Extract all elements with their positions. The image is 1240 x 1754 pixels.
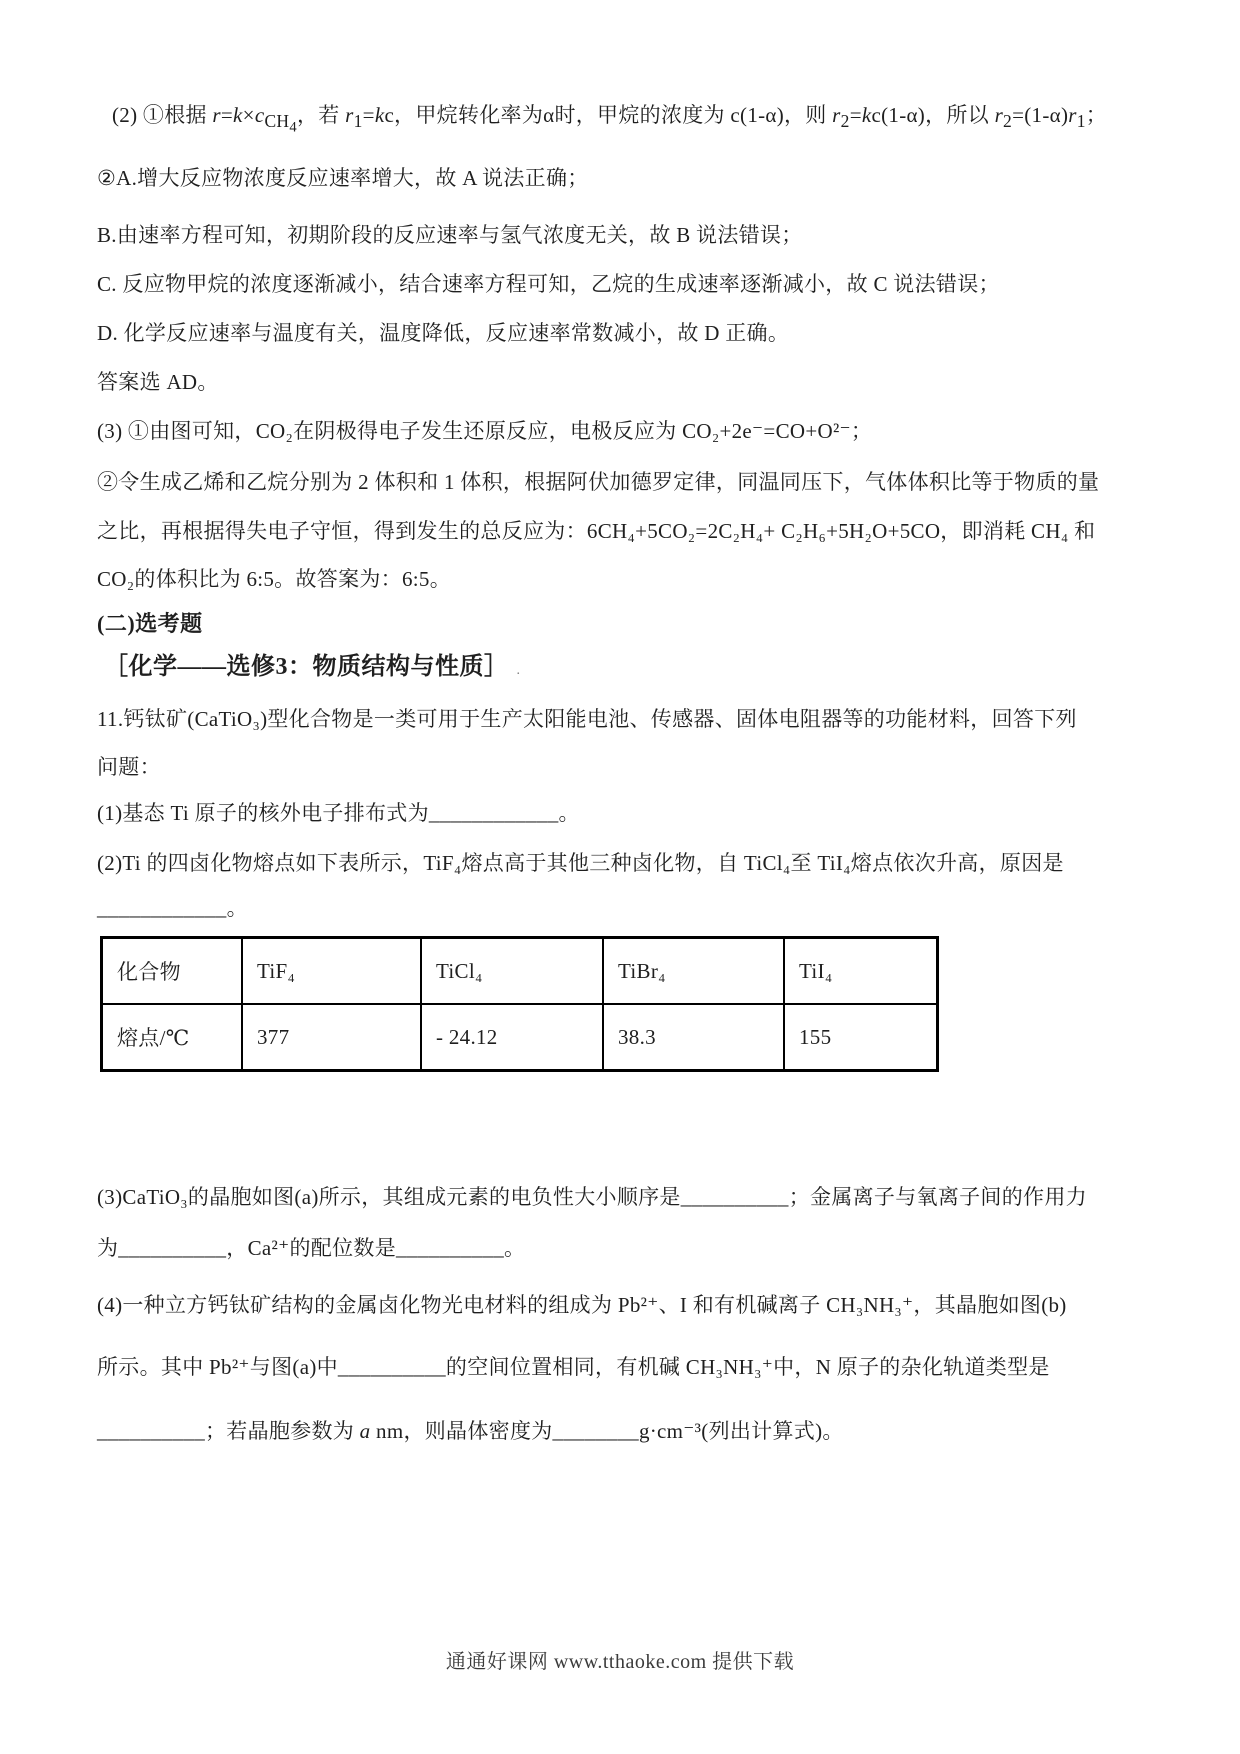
solution-part3-step1: (3) ①由图可知，CO₂在阴极得电子发生还原反应，电极反应为 CO₂+2e⁻=… — [97, 416, 872, 446]
melting-point-table: 化合物 TiF₄ TiCl₄ TiBr₄ TiI₄ 熔点/℃ 377 - 24.… — [100, 936, 939, 1072]
q11-part2-line1: (2)Ti 的四卤化物熔点如下表所示，TiF₄熔点高于其他三种卤化物，自 TiC… — [97, 848, 1064, 878]
table-cell-tibr4-mp: 38.3 — [603, 1004, 784, 1071]
q11-part1: (1)基态 Ti 原子的核外电子排布式为____________。 — [97, 798, 580, 828]
q11-part3-line1: (3)CaTiO₃的晶胞如图(a)所示，其组成元素的电负性大小顺序是______… — [97, 1182, 1087, 1212]
solution-part2-option-a: ②A.增大反应物浓度反应速率增大，故 A 说法正确； — [97, 163, 589, 193]
q11-stem-line2: 问题： — [97, 752, 161, 782]
q11-part4-line1: (4)一种立方钙钛矿结构的金属卤化物光电材料的组成为 Pb²⁺、I 和有机碱离子… — [97, 1290, 1067, 1320]
document-page: (2) ①根据 r=k×cCH4，若 r1=kc，甲烷转化率为α时，甲烷的浓度为… — [0, 0, 1240, 1754]
q11-part4-line3: __________；若晶胞参数为 a nm，则晶体密度为________g·c… — [97, 1416, 844, 1446]
elective-heading-text: ［化学——选修3：物质结构与性质］ — [104, 654, 509, 680]
q11-stem-line1: 11.钙钛矿(CaTiO₃)型化合物是一类可用于生产太阳能电池、传感器、固体电阻… — [97, 704, 1077, 734]
solution-part2-answer: 答案选 AD。 — [97, 367, 219, 397]
solution-part3-step2-line1: ②令生成乙烯和乙烷分别为 2 体积和 1 体积，根据阿伏加德罗定律，同温同压下，… — [97, 467, 1099, 497]
table-cell-melting-label: 熔点/℃ — [102, 1004, 243, 1071]
solution-part3-step2-line3: CO₂的体积比为 6:5。故答案为：6:5。 — [97, 564, 451, 594]
q11-part2-blank: ____________。 — [97, 893, 248, 923]
solution-part3-step2-line2: 之比，再根据得失电子守恒，得到发生的总反应为：6CH₄+5CO₂=2C₂H₄+ … — [97, 516, 1095, 546]
table-cell-tif4-mp: 377 — [242, 1004, 421, 1071]
section-heading: (二)选考题 — [97, 609, 203, 639]
table-cell-tif4: TiF₄ — [242, 938, 421, 1005]
elective-heading: ［化学——选修3：物质结构与性质］. — [104, 652, 521, 686]
table-cell-ticl4-mp: - 24.12 — [421, 1004, 603, 1071]
table-cell-tibr4: TiBr₄ — [603, 938, 784, 1005]
solution-part2-intro: (2) ①根据 r=k×cCH4，若 r1=kc，甲烷转化率为α时，甲烷的浓度为… — [112, 100, 1107, 130]
table-cell-tii4-mp: 155 — [784, 1004, 938, 1071]
table-cell-compound-label: 化合物 — [102, 938, 243, 1005]
page-footer: 通通好课网 www.tthaoke.com 提供下载 — [0, 1645, 1240, 1674]
solution-part2-option-d: D. 化学反应速率与温度有关，温度降低，反应速率常数减小，故 D 正确。 — [97, 318, 789, 348]
elective-heading-mark: . — [517, 663, 521, 678]
q11-part4-line2: 所示。其中 Pb²⁺与图(a)中__________的空间位置相同，有机碱 CH… — [97, 1352, 1050, 1382]
table-header-row: 化合物 TiF₄ TiCl₄ TiBr₄ TiI₄ — [102, 938, 938, 1005]
table-cell-ticl4: TiCl₄ — [421, 938, 603, 1005]
table-value-row: 熔点/℃ 377 - 24.12 38.3 155 — [102, 1004, 938, 1071]
table-cell-tii4: TiI₄ — [784, 938, 938, 1005]
solution-part2-option-c: C. 反应物甲烷的浓度逐渐减小，结合速率方程可知，乙烷的生成速率逐渐减小，故 C… — [97, 269, 1000, 299]
solution-part2-option-b: B.由速率方程可知，初期阶段的反应速率与氢气浓度无关，故 B 说法错误； — [97, 220, 803, 250]
q11-part3-line2: 为__________，Ca²⁺的配位数是__________。 — [97, 1233, 525, 1263]
